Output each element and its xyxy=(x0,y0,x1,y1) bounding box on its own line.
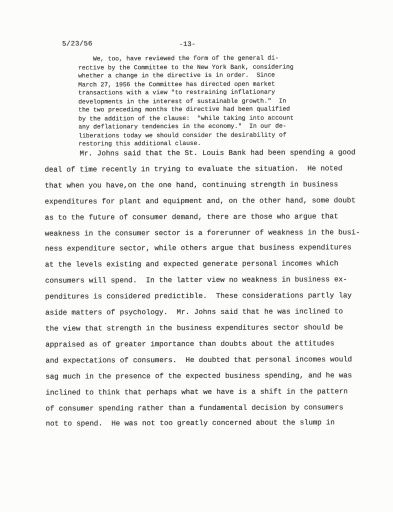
body-paragraph: Mr. Johns said that the St. Louis Bank h… xyxy=(45,146,362,434)
directive-quote-paragraph: We, too, have reviewed the form of the g… xyxy=(78,55,294,149)
page-number: -13- xyxy=(179,41,196,50)
scanned-document-page: 5/23/56 -13- We, too, have reviewed the … xyxy=(0,0,393,512)
scan-content: 5/23/56 -13- We, too, have reviewed the … xyxy=(0,0,393,512)
document-date: 5/23/56 xyxy=(62,40,92,49)
